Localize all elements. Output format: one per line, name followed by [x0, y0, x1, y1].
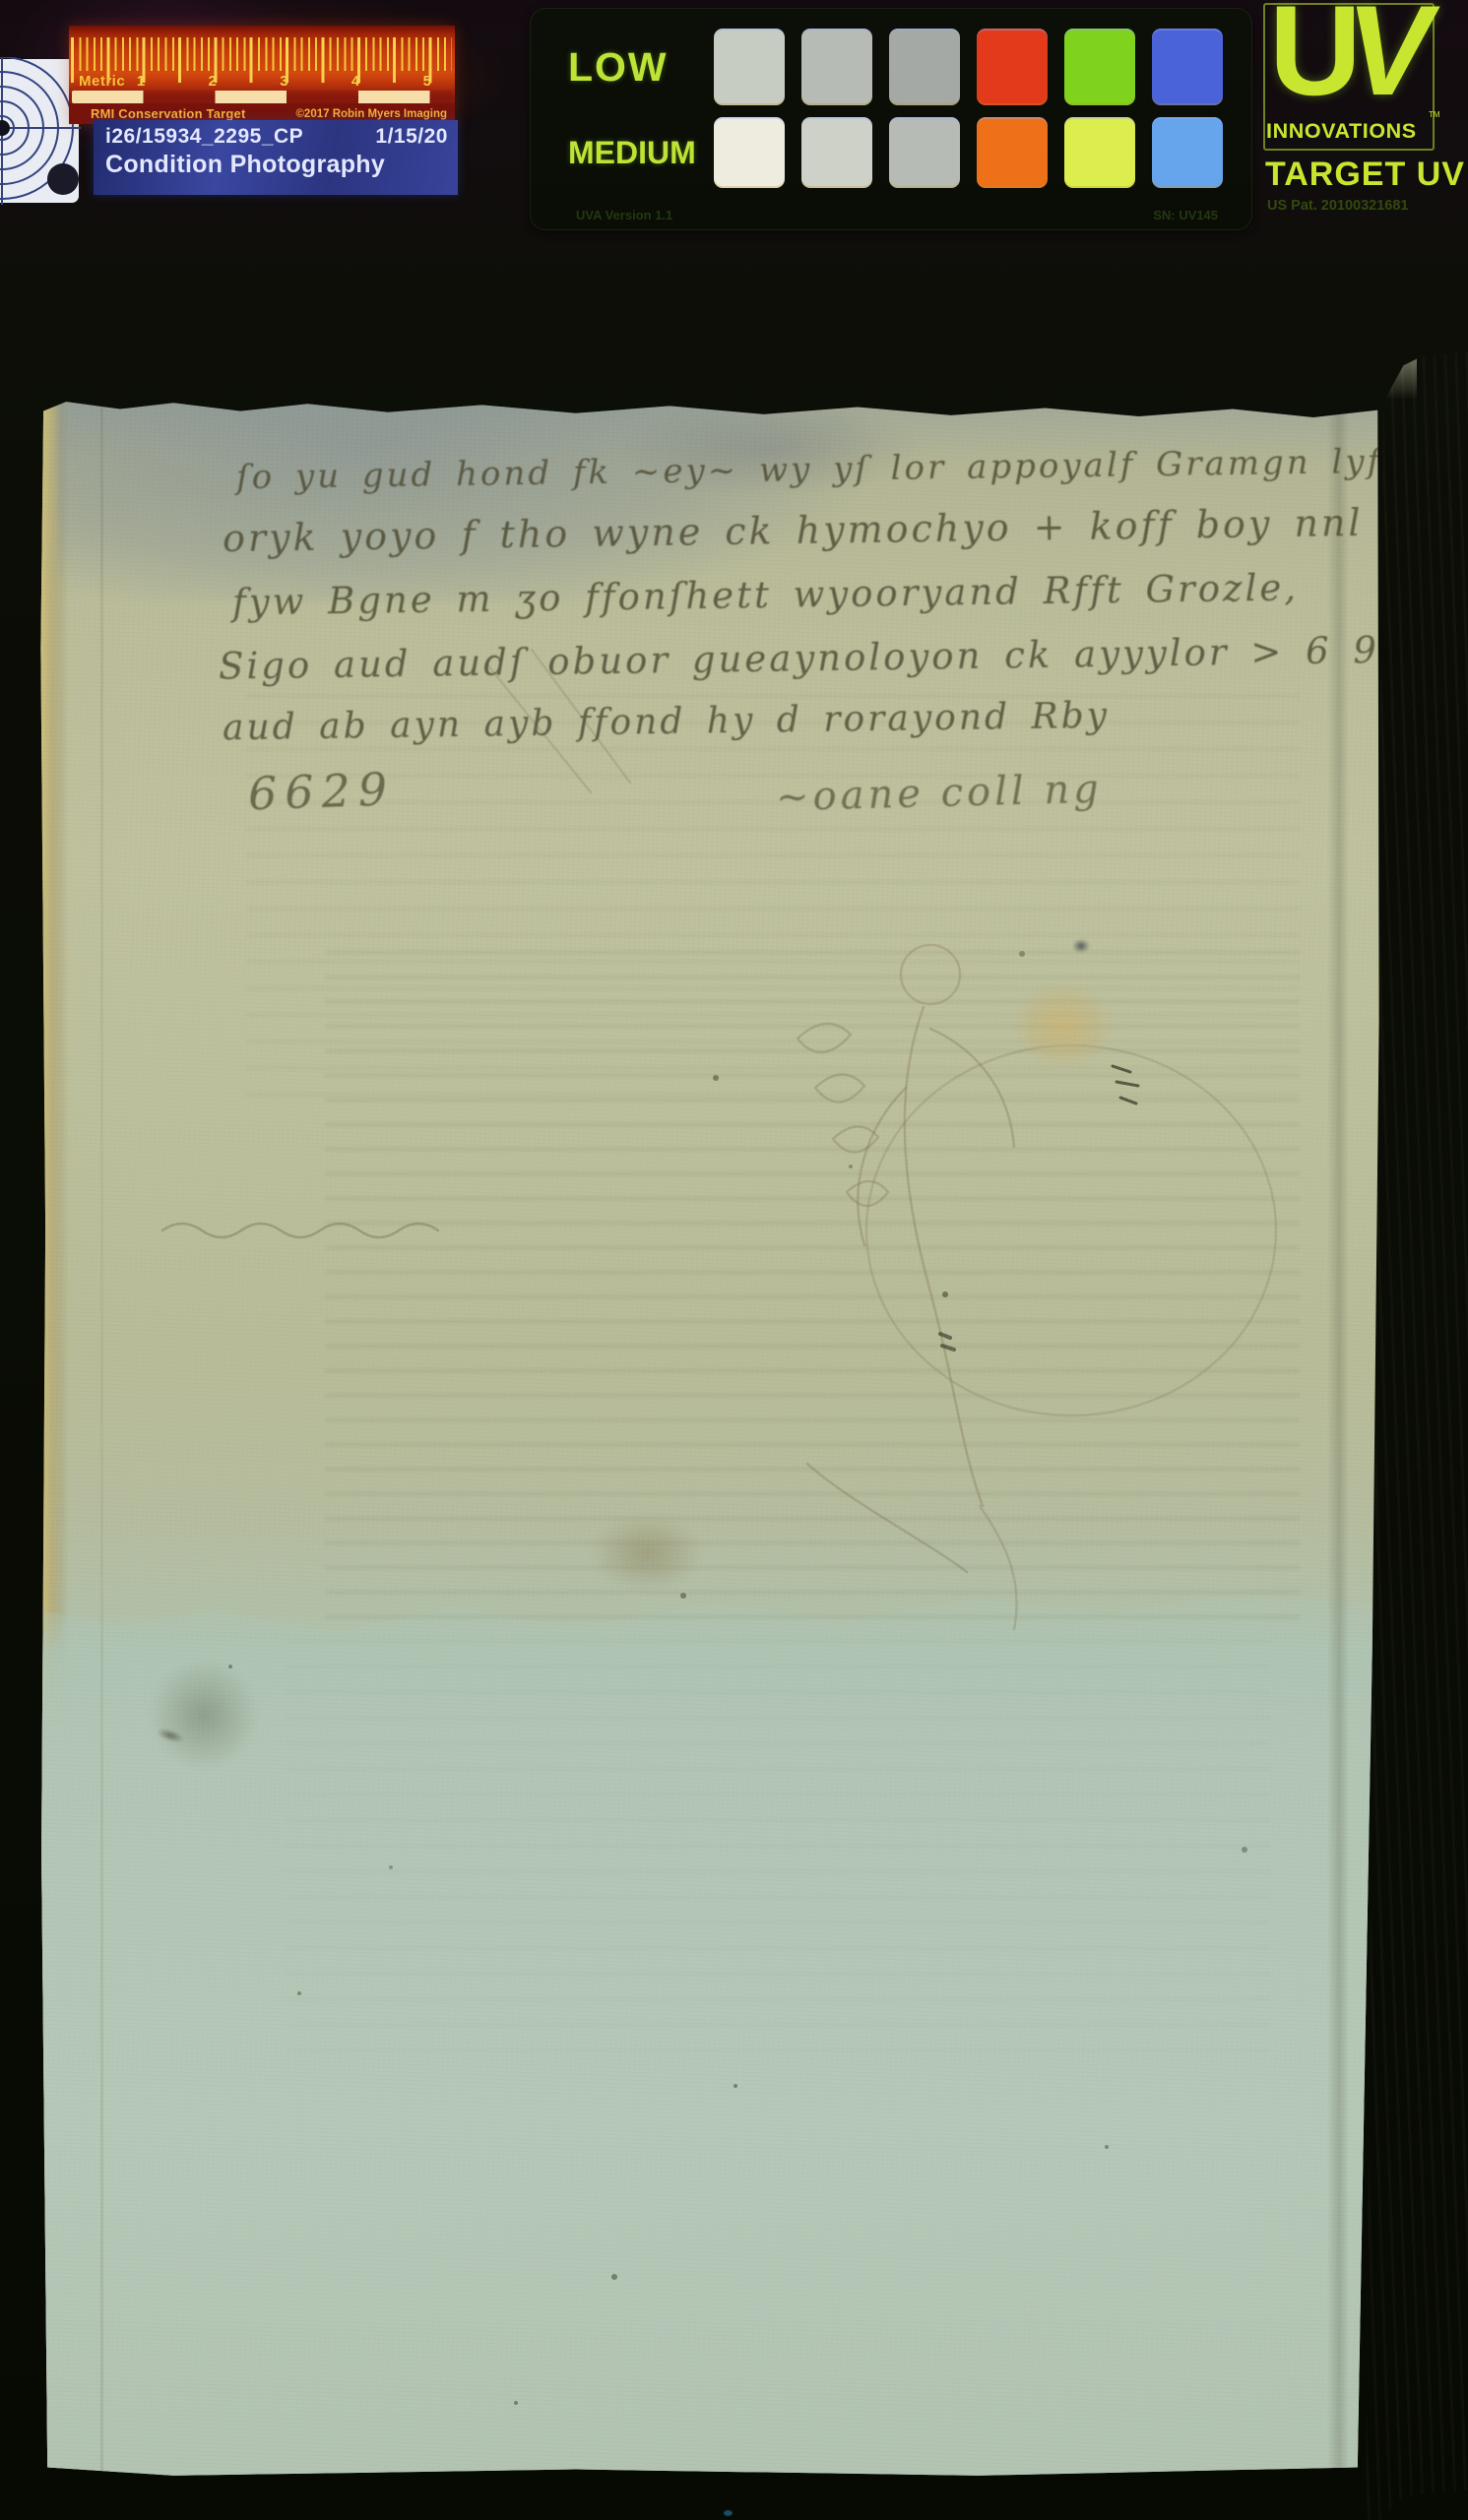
color-patch [714, 117, 785, 188]
ruler-copyright: ©2017 Robin Myers Imaging [295, 108, 447, 120]
ruler-number: 5 [423, 73, 431, 90]
uv-row-label: LOW [568, 44, 669, 91]
color-patch [977, 117, 1048, 188]
paper-grain [39, 399, 1380, 2478]
color-patch [889, 117, 960, 188]
uv-innovations-logo: UV INNOVATIONS TM TARGET UV US Pat. 2010… [1263, 0, 1468, 236]
blue-fleck [724, 2510, 733, 2516]
photo-id: i26/15934_2295_CP [105, 125, 303, 149]
uv-row-label: MEDIUM [568, 135, 696, 171]
uv-target-card: LOW MEDIUM UVA Version 1.1 SN: UV145 [530, 8, 1252, 230]
logo-letters: UV [1269, 0, 1424, 114]
photo-date: 1/15/20 [375, 125, 448, 149]
folio-edge-highlight [1372, 352, 1417, 411]
color-patch [977, 29, 1048, 105]
manuscript-page: ſo yu gud hond fk ~ey~ wy yſ lor appoyal… [39, 399, 1380, 2478]
photo-id-label: i26/15934_2295_CP 1/15/20 Condition Phot… [94, 120, 458, 195]
ruler-brand: RMI Conservation Target [91, 106, 246, 121]
ruler-cm-band [72, 91, 452, 103]
logo-patent: US Pat. 20100321681 [1267, 198, 1409, 214]
uv-row-low: LOW [531, 29, 1251, 105]
uv-row-medium: MEDIUM [531, 117, 1251, 188]
logo-trademark: TM [1429, 110, 1440, 119]
uv-patches-low [714, 29, 1223, 105]
uv-patches-medium [714, 117, 1223, 188]
ruler-number: 3 [280, 73, 287, 90]
photo-type: Condition Photography [105, 151, 448, 179]
uv-version-text: UVA Version 1.1 [576, 208, 672, 222]
paper-specks [39, 399, 43, 403]
ruler-numbers: 12345 [69, 26, 455, 93]
ruler-number: 1 [137, 73, 145, 90]
color-patch [1064, 117, 1135, 188]
ruler-number: 4 [351, 73, 359, 90]
color-patch [1152, 117, 1223, 188]
color-patch [801, 29, 872, 105]
metric-ruler: Metric 12345 RMI Conservation Target ©20… [69, 26, 455, 124]
ruler-number: 2 [209, 73, 217, 90]
color-patch [1152, 29, 1223, 105]
logo-innovations: INNOVATIONS [1266, 119, 1417, 144]
logo-target-uv: TARGET UV [1265, 156, 1465, 194]
color-patch [1064, 29, 1135, 105]
color-patch [714, 29, 785, 105]
color-patch [889, 29, 960, 105]
uv-serial-text: SN: UV145 [1153, 208, 1218, 222]
conservation-photograph: Metric 12345 RMI Conservation Target ©20… [0, 0, 1468, 2520]
color-patch [801, 117, 872, 188]
